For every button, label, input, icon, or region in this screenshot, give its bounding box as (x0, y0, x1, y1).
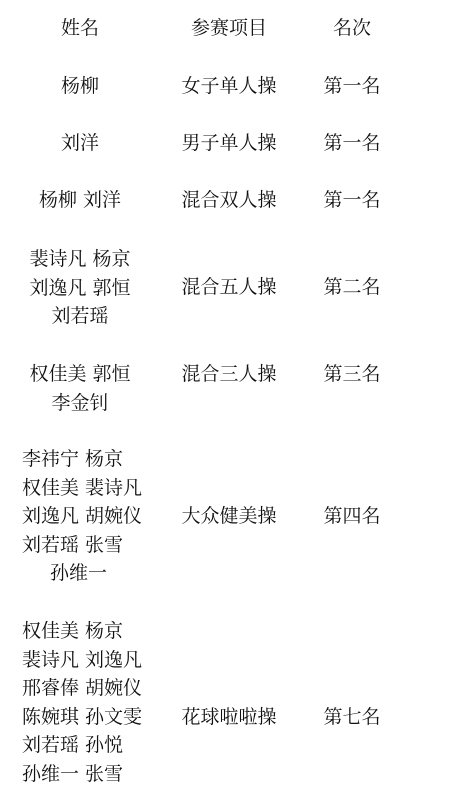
header-name: 姓名 (16, 14, 144, 43)
row-rank: 第一名 (306, 129, 398, 158)
row-rank: 第四名 (306, 502, 398, 531)
participant-line: 权佳美 杨京 (22, 617, 172, 646)
participant-line: 李祎宁 杨京 (22, 445, 172, 474)
row-names: 权佳美 杨京 裴诗凡 刘逸凡 邢睿俸 胡婉仪 陈婉琪 孙文雯 刘若瑶 孙悦 孙维… (22, 617, 172, 788)
row-names: 李祎宁 杨京 权佳美 裴诗凡 刘逸凡 胡婉仪 刘若瑶 张雪 孙维一 (22, 445, 172, 588)
row-event: 男子单人操 (165, 129, 293, 158)
participant-line: 权佳美 裴诗凡 (22, 474, 172, 503)
row-event: 混合双人操 (165, 186, 293, 215)
row-names: 裴诗凡 杨京 刘逸凡 郭恒 刘若瑶 (16, 245, 144, 331)
participant-line: 刘逸凡 胡婉仪 (22, 502, 172, 531)
participant-line: 裴诗凡 杨京 (16, 245, 144, 274)
header-rank: 名次 (306, 14, 398, 43)
participant-line: 刘若瑶 (16, 302, 144, 331)
participant-line: 邢睿俸 胡婉仪 (22, 674, 172, 703)
header-event: 参赛项目 (165, 14, 293, 43)
participant-line: 杨柳 刘洋 (16, 186, 144, 215)
participant-line: 裴诗凡 刘逸凡 (22, 646, 172, 675)
row-rank: 第一名 (306, 186, 398, 215)
row-event: 女子单人操 (165, 72, 293, 101)
row-event: 混合三人操 (165, 360, 293, 389)
row-rank: 第三名 (306, 360, 398, 389)
row-names: 杨柳 刘洋 (16, 186, 144, 215)
participant-line: 刘逸凡 郭恒 (16, 274, 144, 303)
participant-line: 刘若瑶 张雪 (22, 531, 172, 560)
participant-line: 孙维一 张雪 (22, 760, 172, 789)
row-event: 混合五人操 (165, 273, 293, 302)
participant-line: 刘洋 (16, 129, 144, 158)
row-event: 大众健美操 (165, 502, 293, 531)
row-names: 权佳美 郭恒 李金钊 (16, 360, 144, 417)
row-event: 花球啦啦操 (165, 703, 293, 732)
participant-line: 李金钊 (16, 389, 144, 418)
row-rank: 第七名 (306, 703, 398, 732)
row-names: 刘洋 (16, 129, 144, 158)
participant-line: 杨柳 (16, 72, 144, 101)
participant-line: 权佳美 郭恒 (16, 360, 144, 389)
participant-line: 刘若瑶 孙悦 (22, 731, 172, 760)
row-rank: 第一名 (306, 72, 398, 101)
row-rank: 第二名 (306, 273, 398, 302)
participant-line: 孙维一 (22, 559, 172, 588)
participant-line: 陈婉琪 孙文雯 (22, 703, 172, 732)
row-names: 杨柳 (16, 72, 144, 101)
